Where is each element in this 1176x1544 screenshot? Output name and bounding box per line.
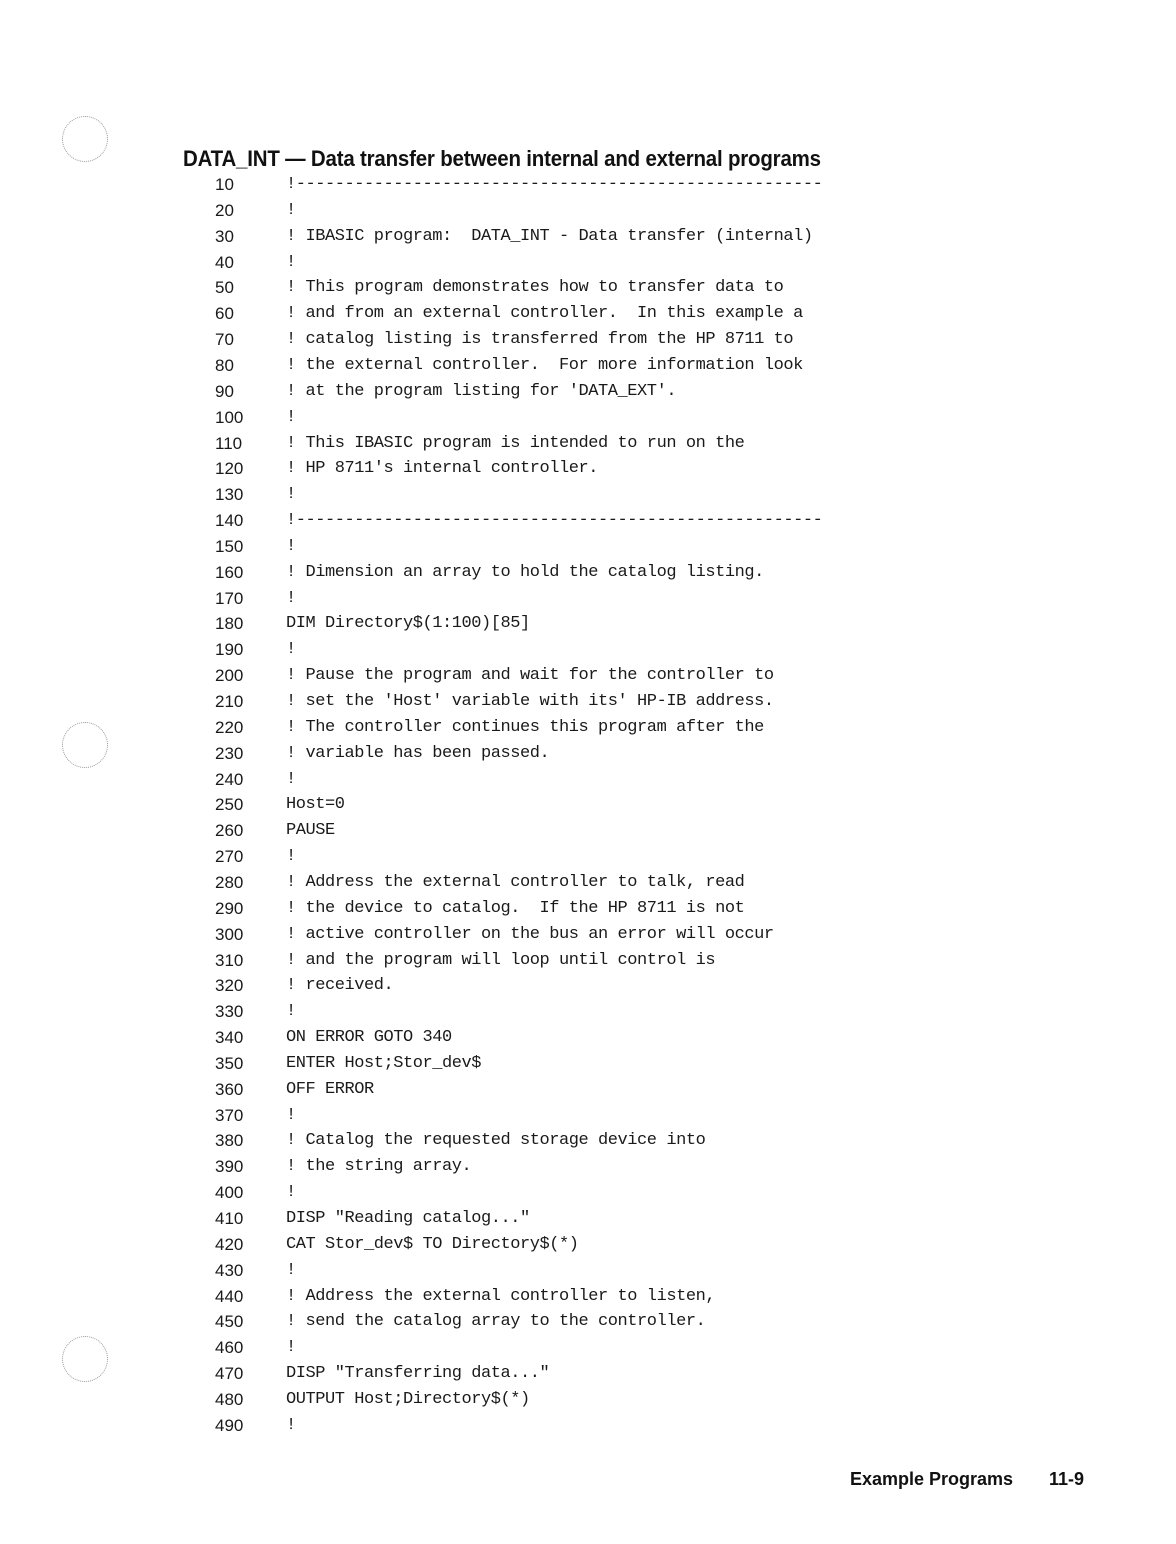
line-code: ! the string array. [286, 1154, 471, 1180]
line-number: 230 [215, 741, 243, 767]
code-line: 170! [0, 586, 1176, 612]
line-number: 50 [215, 275, 234, 301]
code-line: 440! Address the external controller to … [0, 1284, 1176, 1310]
line-code: ON ERROR GOTO 340 [286, 1025, 452, 1051]
line-number: 60 [215, 301, 234, 327]
line-number: 320 [215, 973, 243, 999]
code-line: 490! [0, 1413, 1176, 1439]
line-number: 420 [215, 1232, 243, 1258]
code-line: 480OUTPUT Host;Directory$(*) [0, 1387, 1176, 1413]
line-number: 140 [215, 508, 243, 534]
code-line: 50! This program demonstrates how to tra… [0, 275, 1176, 301]
code-line: 80! the external controller. For more in… [0, 353, 1176, 379]
line-number: 400 [215, 1180, 243, 1206]
line-number: 470 [215, 1361, 243, 1387]
code-line: 360OFF ERROR [0, 1077, 1176, 1103]
code-line: 300! active controller on the bus an err… [0, 922, 1176, 948]
line-number: 450 [215, 1309, 243, 1335]
code-line: 200! Pause the program and wait for the … [0, 663, 1176, 689]
line-number: 330 [215, 999, 243, 1025]
line-code: ! and from an external controller. In th… [286, 301, 803, 327]
code-line: 140!------------------------------------… [0, 508, 1176, 534]
line-number: 70 [215, 327, 234, 353]
line-number: 310 [215, 948, 243, 974]
code-line: 190! [0, 637, 1176, 663]
line-number: 100 [215, 405, 243, 431]
line-code: ! This program demonstrates how to trans… [286, 275, 783, 301]
line-number: 220 [215, 715, 243, 741]
line-code: ! send the catalog array to the controll… [286, 1309, 705, 1335]
line-number: 300 [215, 922, 243, 948]
line-code: ! [286, 1258, 296, 1284]
code-line: 90! at the program listing for 'DATA_EXT… [0, 379, 1176, 405]
line-number: 410 [215, 1206, 243, 1232]
code-line: 370! [0, 1103, 1176, 1129]
line-number: 160 [215, 560, 243, 586]
line-number: 240 [215, 767, 243, 793]
code-line: 150! [0, 534, 1176, 560]
punch-hole-top [62, 116, 108, 162]
line-code: ! Dimension an array to hold the catalog… [286, 560, 764, 586]
line-code: ! This IBASIC program is intended to run… [286, 431, 744, 457]
line-code: ! Address the external controller to tal… [286, 870, 744, 896]
code-line: 400! [0, 1180, 1176, 1206]
line-code: ! [286, 198, 296, 224]
line-number: 270 [215, 844, 243, 870]
line-number: 250 [215, 792, 243, 818]
line-code: ! received. [286, 973, 393, 999]
code-line: 130! [0, 482, 1176, 508]
line-number: 260 [215, 818, 243, 844]
page-title: DATA_INT — Data transfer between interna… [183, 146, 821, 172]
line-number: 180 [215, 611, 243, 637]
code-line: 430! [0, 1258, 1176, 1284]
footer-page-number: 11-9 [1049, 1469, 1084, 1490]
line-number: 490 [215, 1413, 243, 1439]
code-line: 110! This IBASIC program is intended to … [0, 431, 1176, 457]
line-number: 360 [215, 1077, 243, 1103]
line-code: ! Catalog the requested storage device i… [286, 1128, 705, 1154]
line-code: CAT Stor_dev$ TO Directory$(*) [286, 1232, 579, 1258]
line-code: ! HP 8711's internal controller. [286, 456, 598, 482]
line-code: ! Pause the program and wait for the con… [286, 663, 774, 689]
line-number: 110 [215, 431, 242, 457]
line-number: 150 [215, 534, 243, 560]
line-number: 30 [215, 224, 234, 250]
line-code: DISP "Reading catalog..." [286, 1206, 530, 1232]
code-line: 380! Catalog the requested storage devic… [0, 1128, 1176, 1154]
line-number: 130 [215, 482, 243, 508]
line-code: ! [286, 999, 296, 1025]
line-code: ! at the program listing for 'DATA_EXT'. [286, 379, 676, 405]
line-number: 80 [215, 353, 234, 379]
line-code: ! the external controller. For more info… [286, 353, 803, 379]
line-code: ! [286, 637, 296, 663]
code-line: 20! [0, 198, 1176, 224]
line-number: 380 [215, 1128, 243, 1154]
code-line: 240! [0, 767, 1176, 793]
line-code: ! [286, 1180, 296, 1206]
line-number: 340 [215, 1025, 243, 1051]
line-code: ! [286, 1413, 296, 1439]
line-code: ! the device to catalog. If the HP 8711 … [286, 896, 744, 922]
code-line: 270! [0, 844, 1176, 870]
code-line: 100! [0, 405, 1176, 431]
code-line: 230! variable has been passed. [0, 741, 1176, 767]
code-line: 330! [0, 999, 1176, 1025]
line-number: 390 [215, 1154, 243, 1180]
line-code: ! catalog listing is transferred from th… [286, 327, 793, 353]
line-code: !---------------------------------------… [286, 172, 822, 198]
code-line: 180DIM Directory$(1:100)[85] [0, 611, 1176, 637]
line-code: ! [286, 534, 296, 560]
line-code: ! and the program will loop until contro… [286, 948, 715, 974]
line-code: OFF ERROR [286, 1077, 374, 1103]
code-line: 160! Dimension an array to hold the cata… [0, 560, 1176, 586]
code-line: 450! send the catalog array to the contr… [0, 1309, 1176, 1335]
line-code: ! The controller continues this program … [286, 715, 764, 741]
line-number: 40 [215, 250, 234, 276]
line-code: ! [286, 1103, 296, 1129]
line-number: 460 [215, 1335, 243, 1361]
line-code: ! [286, 586, 296, 612]
line-code: DISP "Transferring data..." [286, 1361, 549, 1387]
code-line: 460! [0, 1335, 1176, 1361]
line-number: 350 [215, 1051, 243, 1077]
code-line: 310! and the program will loop until con… [0, 948, 1176, 974]
code-line: 40! [0, 250, 1176, 276]
code-line: 10!-------------------------------------… [0, 172, 1176, 198]
line-code: ! Address the external controller to lis… [286, 1284, 715, 1310]
code-line: 390! the string array. [0, 1154, 1176, 1180]
line-code: !---------------------------------------… [286, 508, 822, 534]
code-line: 320! received. [0, 973, 1176, 999]
line-code: DIM Directory$(1:100)[85] [286, 611, 530, 637]
code-line: 340ON ERROR GOTO 340 [0, 1025, 1176, 1051]
code-line: 470DISP "Transferring data..." [0, 1361, 1176, 1387]
line-number: 430 [215, 1258, 243, 1284]
code-line: 250Host=0 [0, 792, 1176, 818]
line-code: ! set the 'Host' variable with its' HP-I… [286, 689, 774, 715]
line-number: 200 [215, 663, 243, 689]
line-number: 120 [215, 456, 243, 482]
line-number: 170 [215, 586, 243, 612]
line-number: 90 [215, 379, 234, 405]
line-number: 210 [215, 689, 243, 715]
code-line: 70! catalog listing is transferred from … [0, 327, 1176, 353]
line-number: 10 [215, 172, 234, 198]
code-line: 280! Address the external controller to … [0, 870, 1176, 896]
line-code: ! [286, 482, 296, 508]
line-code: ! [286, 1335, 296, 1361]
code-line: 120! HP 8711's internal controller. [0, 456, 1176, 482]
code-line: 210! set the 'Host' variable with its' H… [0, 689, 1176, 715]
line-number: 290 [215, 896, 243, 922]
code-line: 220! The controller continues this progr… [0, 715, 1176, 741]
line-code: ! variable has been passed. [286, 741, 549, 767]
line-number: 20 [215, 198, 234, 224]
footer-section-title: Example Programs [850, 1469, 1013, 1490]
line-code: OUTPUT Host;Directory$(*) [286, 1387, 530, 1413]
code-line: 30! IBASIC program: DATA_INT - Data tran… [0, 224, 1176, 250]
line-code: ! IBASIC program: DATA_INT - Data transf… [286, 224, 813, 250]
line-code: Host=0 [286, 792, 345, 818]
code-line: 410DISP "Reading catalog..." [0, 1206, 1176, 1232]
line-code: ! [286, 405, 296, 431]
code-line: 260PAUSE [0, 818, 1176, 844]
line-number: 480 [215, 1387, 243, 1413]
line-code: ! [286, 250, 296, 276]
line-code: ENTER Host;Stor_dev$ [286, 1051, 481, 1077]
line-number: 370 [215, 1103, 243, 1129]
line-number: 190 [215, 637, 243, 663]
line-code: PAUSE [286, 818, 335, 844]
line-number: 440 [215, 1284, 243, 1310]
line-code: ! [286, 767, 296, 793]
line-code: ! active controller on the bus an error … [286, 922, 774, 948]
code-line: 420CAT Stor_dev$ TO Directory$(*) [0, 1232, 1176, 1258]
line-number: 280 [215, 870, 243, 896]
code-line: 290! the device to catalog. If the HP 87… [0, 896, 1176, 922]
line-code: ! [286, 844, 296, 870]
code-line: 350ENTER Host;Stor_dev$ [0, 1051, 1176, 1077]
code-line: 60! and from an external controller. In … [0, 301, 1176, 327]
